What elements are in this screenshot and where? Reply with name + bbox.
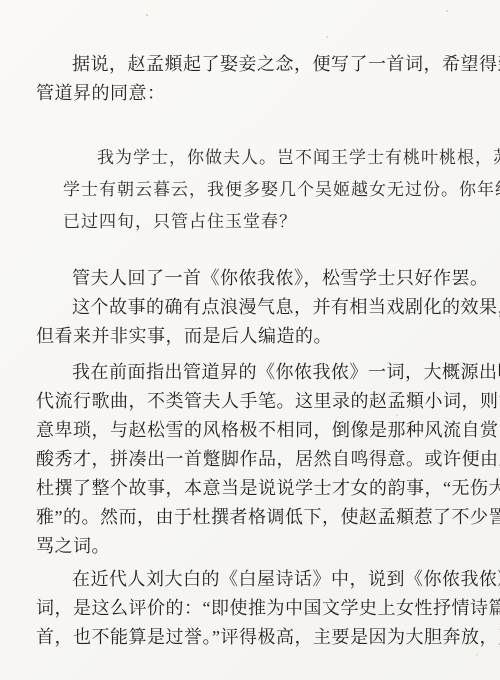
text-line: 词，是这么评价的：“即使推为中国文学史上女性抒情诗篇一 — [36, 594, 464, 623]
text-line: 骂之词。 — [36, 532, 464, 561]
text-line: 雅”的。然而，由于杜撰者格调低下，使赵孟頫惹了不少詈 — [36, 503, 464, 532]
paragraph-analysis: 我在前面指出管道昇的《你侬我侬》一词，大概源出明 代流行歌曲，不类管夫人手笔。这… — [36, 358, 464, 561]
text-line: 我为学士，你做夫人。岂不闻王学士有桃叶桃根，苏 — [63, 142, 454, 174]
text-line: 我在前面指出管道昇的《你侬我侬》一词，大概源出明 — [36, 358, 464, 387]
text-line: 管道昇的同意： — [36, 79, 464, 108]
text-line: 杜撰了整个故事，本意当是说说学士才女的韵事，“无伤大 — [36, 474, 464, 503]
text-line: 意卑琐，与赵松雪的风格极不相同，倒像是那种风流自赏的 — [36, 416, 464, 445]
text-line: 已过四旬，只管占住玉堂春？ — [63, 206, 454, 238]
text-line: 代流行歌曲，不类管夫人手笔。这里录的赵孟頫小词，则词 — [36, 387, 464, 416]
text-line: 但看来并非实事，而是后人编造的。 — [36, 322, 464, 351]
poem-quote-block: 我为学士，你做夫人。岂不闻王学士有桃叶桃根，苏 学士有朝云暮云，我便多娶几个吴姬… — [63, 142, 454, 238]
paragraph-reply: 管夫人回了一首《你侬我侬》，松雪学士只好作罢。 — [36, 264, 464, 293]
paragraph-intro: 据说，赵孟頫起了娶妾之念，便写了一首词，希望得到 管道昇的同意： — [36, 50, 464, 108]
text-line: 首，也不能算是过誉。”评得极高，主要是因为大胆奔放，又 — [36, 623, 464, 652]
text-line: 在近代人刘大白的《白屋诗话》中，说到《你侬我侬》 — [36, 565, 464, 594]
paragraph-critique: 在近代人刘大白的《白屋诗话》中，说到《你侬我侬》 词，是这么评价的：“即使推为中… — [36, 565, 464, 652]
paragraph-comment: 这个故事的确有点浪漫气息，并有相当戏剧化的效果， 但看来并非实事，而是后人编造的… — [36, 293, 464, 351]
page-text-area: 据说，赵孟頫起了娶妾之念，便写了一首词，希望得到 管道昇的同意： 我为学士，你做… — [0, 0, 500, 652]
book-page: 据说，赵孟頫起了娶妾之念，便写了一首词，希望得到 管道昇的同意： 我为学士，你做… — [0, 0, 500, 680]
text-line: 这个故事的确有点浪漫气息，并有相当戏剧化的效果， — [36, 293, 464, 322]
text-line: 管夫人回了一首《你侬我侬》，松雪学士只好作罢。 — [36, 264, 464, 293]
text-line: 酸秀才，拼凑出一首蹩脚作品，居然自鸣得意。或许便由此 — [36, 445, 464, 474]
text-line: 据说，赵孟頫起了娶妾之念，便写了一首词，希望得到 — [36, 50, 464, 79]
text-line: 学士有朝云暮云，我便多娶几个吴姬越女无过份。你年纪 — [63, 174, 454, 206]
